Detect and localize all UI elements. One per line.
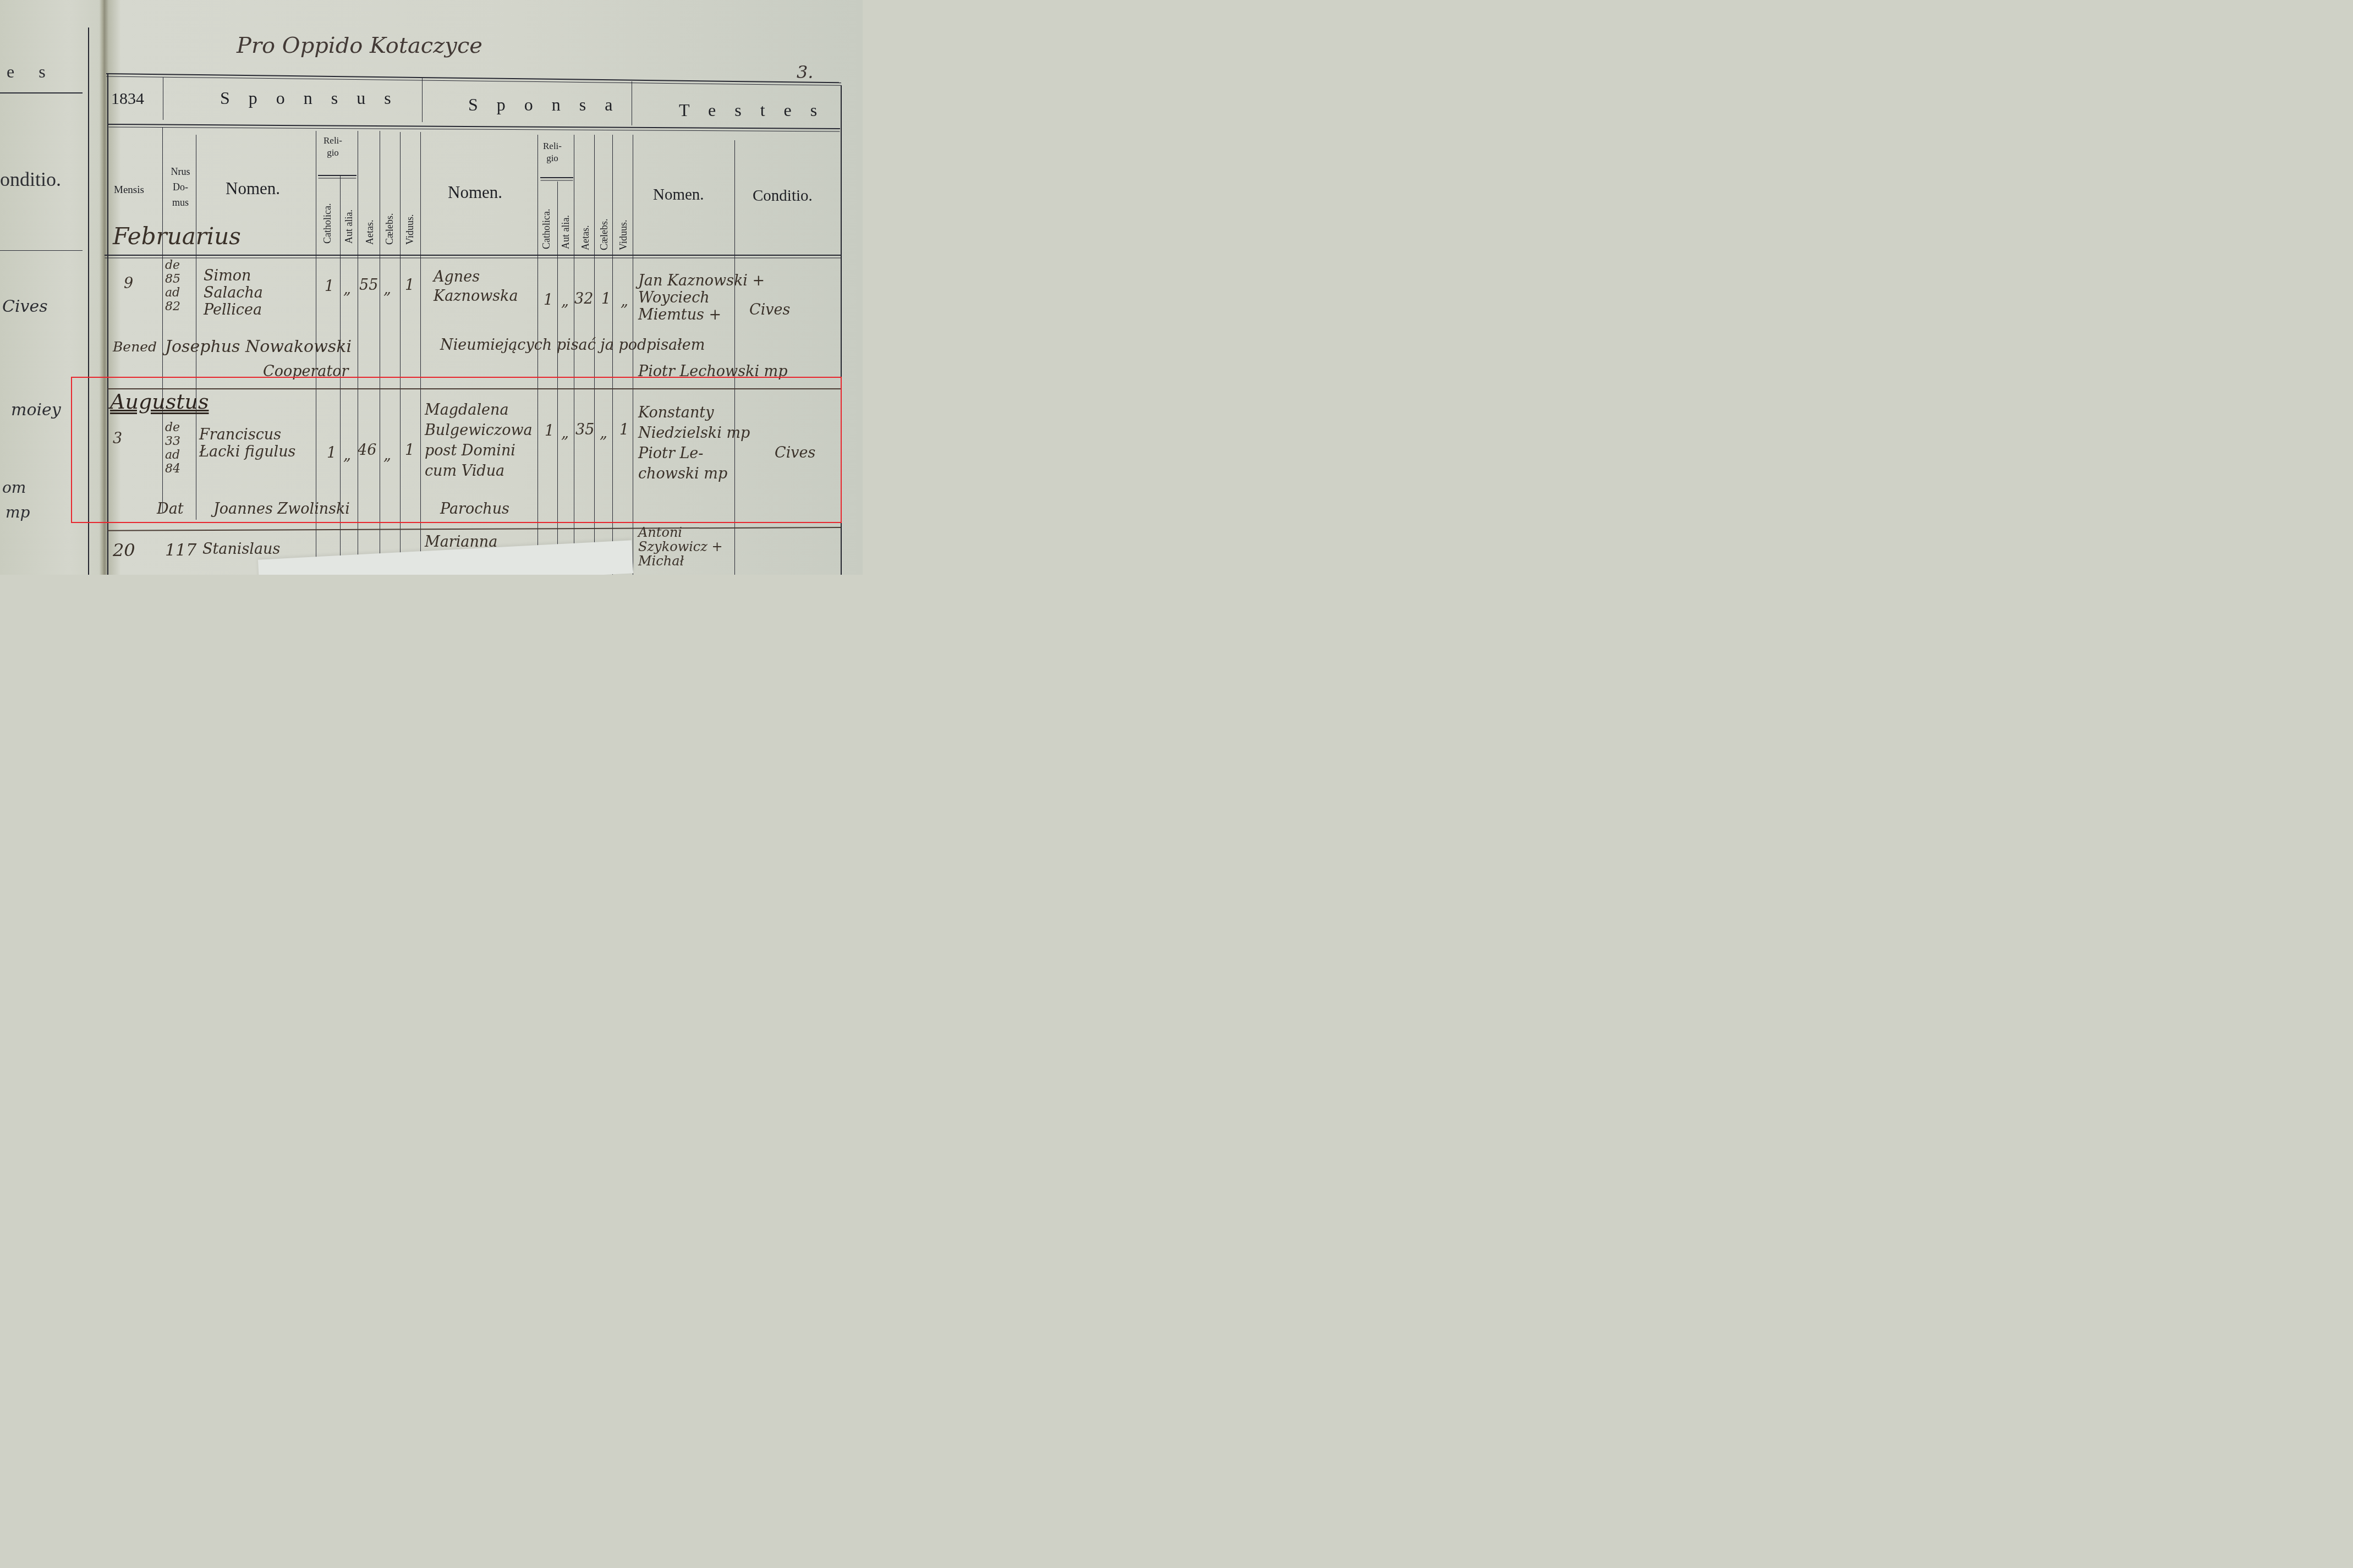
left-page-header-fragment: e s [7, 62, 56, 82]
name-line: Pellicea [204, 301, 263, 318]
left-page-margin-note: moiey [11, 400, 61, 420]
religio-rule [318, 175, 356, 176]
witness-line: Miemtus + [638, 306, 765, 323]
sponsus-name: Stanislaus [202, 541, 280, 558]
testes-names: Jan Kaznowski + Woyciech Miemtus + [638, 272, 765, 323]
entry-house-number: 117 [165, 542, 196, 559]
witness-line: Antoni [638, 525, 723, 540]
sponsa-aut-alia-header: Aut alia. [560, 186, 572, 249]
witness-line: Szykowicz + [638, 540, 723, 554]
testes-nomen-header: Nomen. [653, 186, 704, 204]
name-line: Salacha [204, 284, 263, 301]
sponsus-aetas: 55 [359, 277, 378, 294]
sponsa-aetas: 32 [574, 290, 593, 307]
sponsa-caelebs-header: Cælebs. [599, 203, 610, 250]
name-line: Agnes [434, 268, 518, 285]
sponsa-catholica: 1 [544, 291, 553, 309]
header-bottom-rule [105, 255, 842, 256]
blessing-label: Bened [113, 338, 157, 355]
sponsa-viduus-header: Viduus. [618, 203, 629, 250]
witness-line: Michał [638, 554, 723, 568]
house-line: 85 [165, 272, 180, 286]
testes-conditio-header: Conditio. [753, 187, 813, 205]
testes-names: Antoni Szykowicz + Michał [638, 525, 723, 568]
sponsus-catholica: 1 [325, 278, 334, 295]
nrus-domus-line: mus [167, 195, 194, 210]
left-page-rule [0, 92, 83, 93]
page-number: 3. [797, 62, 814, 82]
sponsa-aut-alia: „ [561, 293, 569, 310]
register-page-photo: e s onditio. Cives moiey om mp Pro Oppid… [0, 0, 863, 575]
sponsus-aut-alia-header: Aut alia. [343, 180, 355, 244]
header-group-rule [108, 124, 840, 129]
entry-house-number: de 85 ad 82 [165, 258, 180, 313]
page-heading: Pro Oppido Kotaczyce [237, 33, 482, 58]
testes-conditio: Cives [749, 301, 790, 318]
sponsa-viduus: „ [621, 293, 628, 310]
entry-day: 20 [113, 542, 135, 559]
sponsus-header: S p o n s u s [220, 88, 398, 108]
sponsus-aut-alia: „ [343, 280, 351, 298]
year-divider [163, 77, 163, 120]
nrus-domus-header: Nrus Do- mus [167, 164, 194, 210]
sponsa-caelebs: 1 [601, 290, 611, 307]
house-line: de [165, 258, 180, 272]
sponsa-catholica-header: Catholica. [541, 186, 552, 249]
house-line: 82 [165, 300, 180, 313]
sponsus-nomen-header: Nomen. [226, 179, 280, 199]
religio-line: Reli- [323, 135, 342, 147]
left-page-rule [0, 250, 83, 251]
entry-separator [108, 527, 841, 531]
sponsa-aetas-header: Aetas. [580, 212, 591, 250]
house-line: ad [165, 286, 180, 300]
witness-line: Jan Kaznowski + [638, 272, 765, 289]
name-line: Simon [204, 267, 263, 284]
month-label: Februarius [113, 223, 241, 250]
sponsa-header: S p o n s a [468, 95, 619, 115]
sponsus-catholica-header: Catholica. [322, 180, 333, 244]
religio-line: gio [543, 152, 562, 164]
sponsus-caelebs: „ [383, 280, 391, 298]
sponsa-religio-header: Reli- gio [543, 140, 562, 164]
illiterate-remark: Nieumiejących pisać ja podpisałem [440, 337, 705, 354]
left-page-margin-note: om [2, 478, 26, 497]
religio-line: Reli- [543, 140, 562, 152]
sponsus-sponsa-divider [422, 78, 423, 122]
sponsus-aetas-header: Aetas. [364, 206, 376, 245]
sponsus-name: Simon Salacha Pellicea [204, 267, 263, 318]
table-top-border [106, 73, 841, 83]
entry-day: 9 [124, 275, 133, 292]
religio-rule [540, 177, 573, 178]
sponsus-viduus: 1 [405, 277, 414, 294]
mensis-header: Mensis [114, 184, 144, 196]
witness-line: Woyciech [638, 289, 765, 306]
left-page-conditio-fragment: onditio. [0, 168, 61, 191]
officiant-name: Josephus Nowakowski [165, 338, 352, 355]
year-cell: 1834 [111, 90, 144, 108]
left-page-margin-note: mp [6, 503, 30, 521]
name-line: Kaznowska [434, 288, 518, 305]
sponsa-nomen-header: Nomen. [448, 183, 502, 202]
left-page-margin-note: Cives [2, 297, 48, 316]
year-label: 1834 [111, 90, 144, 108]
sponsus-viduus-header: Viduus. [404, 195, 416, 245]
highlight-box-augustus-entry [71, 377, 842, 523]
testes-header: T e s t e s [679, 100, 824, 120]
sponsus-religio-header: Reli- gio [323, 135, 342, 159]
sponsa-testes-divider [632, 81, 632, 125]
nrus-domus-line: Do- [167, 179, 194, 195]
nrus-domus-line: Nrus [167, 164, 194, 179]
sponsa-name: Agnes Kaznowska [434, 268, 518, 305]
sponsus-caelebs-header: Cælebs. [384, 198, 396, 245]
religio-line: gio [323, 147, 342, 159]
